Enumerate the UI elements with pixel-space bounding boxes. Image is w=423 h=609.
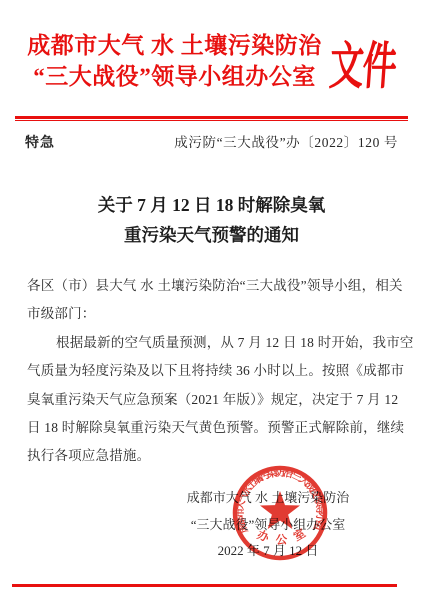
body-line: 各区（市）县大气 水 土壤污染防治“三大战役”领导小组，相关 xyxy=(27,272,399,300)
notice-title-line1: 关于 7 月 12 日 18 时解除臭氧 xyxy=(0,190,423,220)
bottom-red-line xyxy=(12,584,397,587)
official-seal: 成都市大气水土壤污染防治“三大战役”领导小组 办 公 室 xyxy=(215,448,345,578)
separator-thick-line xyxy=(15,116,408,119)
notice-title-line2: 重污染天气预警的通知 xyxy=(0,220,423,250)
document-label: 文件 xyxy=(327,24,398,98)
letterhead: 成都市大气 水 土壤污染防治 “三大战役”领导小组办公室 文件 xyxy=(0,30,423,92)
org-name-line1: 成都市大气 水 土壤污染防治 xyxy=(27,30,322,61)
body-line: 根据最新的空气质量预测，从 7 月 12 日 18 时开始，我市空 xyxy=(27,329,399,357)
seal-star-icon xyxy=(260,491,300,529)
notice-body: 各区（市）县大气 水 土壤污染防治“三大战役”领导小组，相关 市级部门： 根据最… xyxy=(27,272,399,471)
document-number: 成污防“三大战役”办〔2022〕120 号 xyxy=(174,131,398,151)
document-meta-row: 特急 成污防“三大战役”办〔2022〕120 号 xyxy=(25,131,398,152)
document-page: 成都市大气 水 土壤污染防治 “三大战役”领导小组办公室 文件 特急 成污防“三… xyxy=(0,0,423,609)
urgency-label: 特急 xyxy=(25,132,55,152)
org-name-line2: “三大战役”领导小组办公室 xyxy=(27,61,322,92)
issuing-org-name: 成都市大气 水 土壤污染防治 “三大战役”领导小组办公室 xyxy=(27,30,322,92)
seal-office-text: 办 公 室 xyxy=(255,524,310,547)
header-separator-line xyxy=(15,116,408,121)
notice-title: 关于 7 月 12 日 18 时解除臭氧 重污染天气预警的通知 xyxy=(0,190,423,250)
body-line: 气质量为轻度污染及以下且将持续 36 小时以上。按照《成都市 xyxy=(27,357,399,385)
svg-text:办 公 室: 办 公 室 xyxy=(255,524,310,547)
body-line: 日 18 时解除臭氧重污染天气黄色预警。预警正式解除前，继续 xyxy=(27,414,399,442)
body-line: 市级部门： xyxy=(27,300,399,328)
body-line: 臭氧重污染天气应急预案（2021 年版）》规定，决定于 7 月 12 xyxy=(27,386,399,414)
separator-thin-line xyxy=(15,120,408,121)
